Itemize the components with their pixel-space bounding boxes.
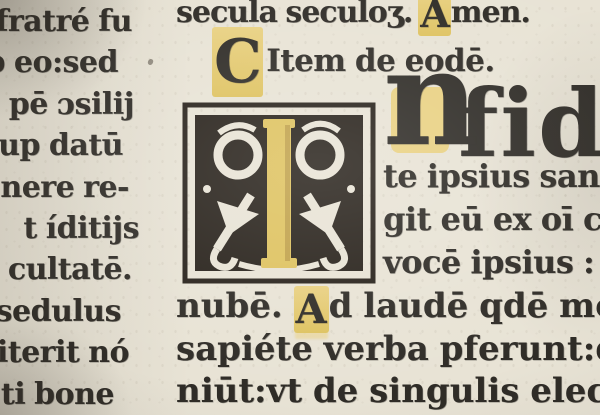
doxology-text: secula seculoʒ.	[176, 0, 412, 30]
left-text-line: pē ɔsilij	[0, 84, 134, 125]
ad-rest: d laudē qdē moy	[329, 286, 600, 326]
left-text-line: t íditijs	[0, 208, 139, 249]
woodcut-ornament-icon	[181, 101, 377, 285]
left-text-line: up datū	[0, 125, 123, 166]
left-text-line: cultatē.	[0, 249, 132, 290]
dropcap-n: n	[383, 33, 478, 165]
woodcut-initial-I: I	[181, 101, 377, 285]
rubric-initial-C: C	[212, 27, 263, 97]
left-text-line: nere re-	[0, 167, 129, 208]
left-text-line: b eo:sed	[0, 42, 118, 83]
incunable-page-photo: fratré fu b eo:sed pē ɔsilij up datū ner…	[0, 0, 600, 415]
text-line-beside-initial: git eū ex oī ca	[383, 200, 600, 238]
nube-text: nubē.	[176, 286, 283, 326]
text-line-beside-initial: vocē ipsius :	[383, 243, 594, 281]
full-width-text-line: niūt:vt de singulis electoʒ	[176, 371, 600, 411]
ink-speck	[147, 58, 154, 65]
full-width-text-line: nubē. Ad laudē qdē moy	[176, 286, 600, 330]
ad-highlighted-initial: A	[294, 286, 329, 333]
left-page-text-fragment: fratré fu b eo:sed pē ɔsilij up datū ner…	[0, 1, 132, 415]
full-width-text-line: sapiéte verba pferunt:qu	[176, 329, 600, 369]
left-text-line: ti bone	[0, 374, 114, 415]
dropcap-letter: n	[383, 21, 478, 176]
left-text-line: iterit nó	[0, 332, 129, 373]
left-text-line: fratré fu	[0, 1, 132, 42]
left-text-line: sedulus	[0, 291, 121, 332]
